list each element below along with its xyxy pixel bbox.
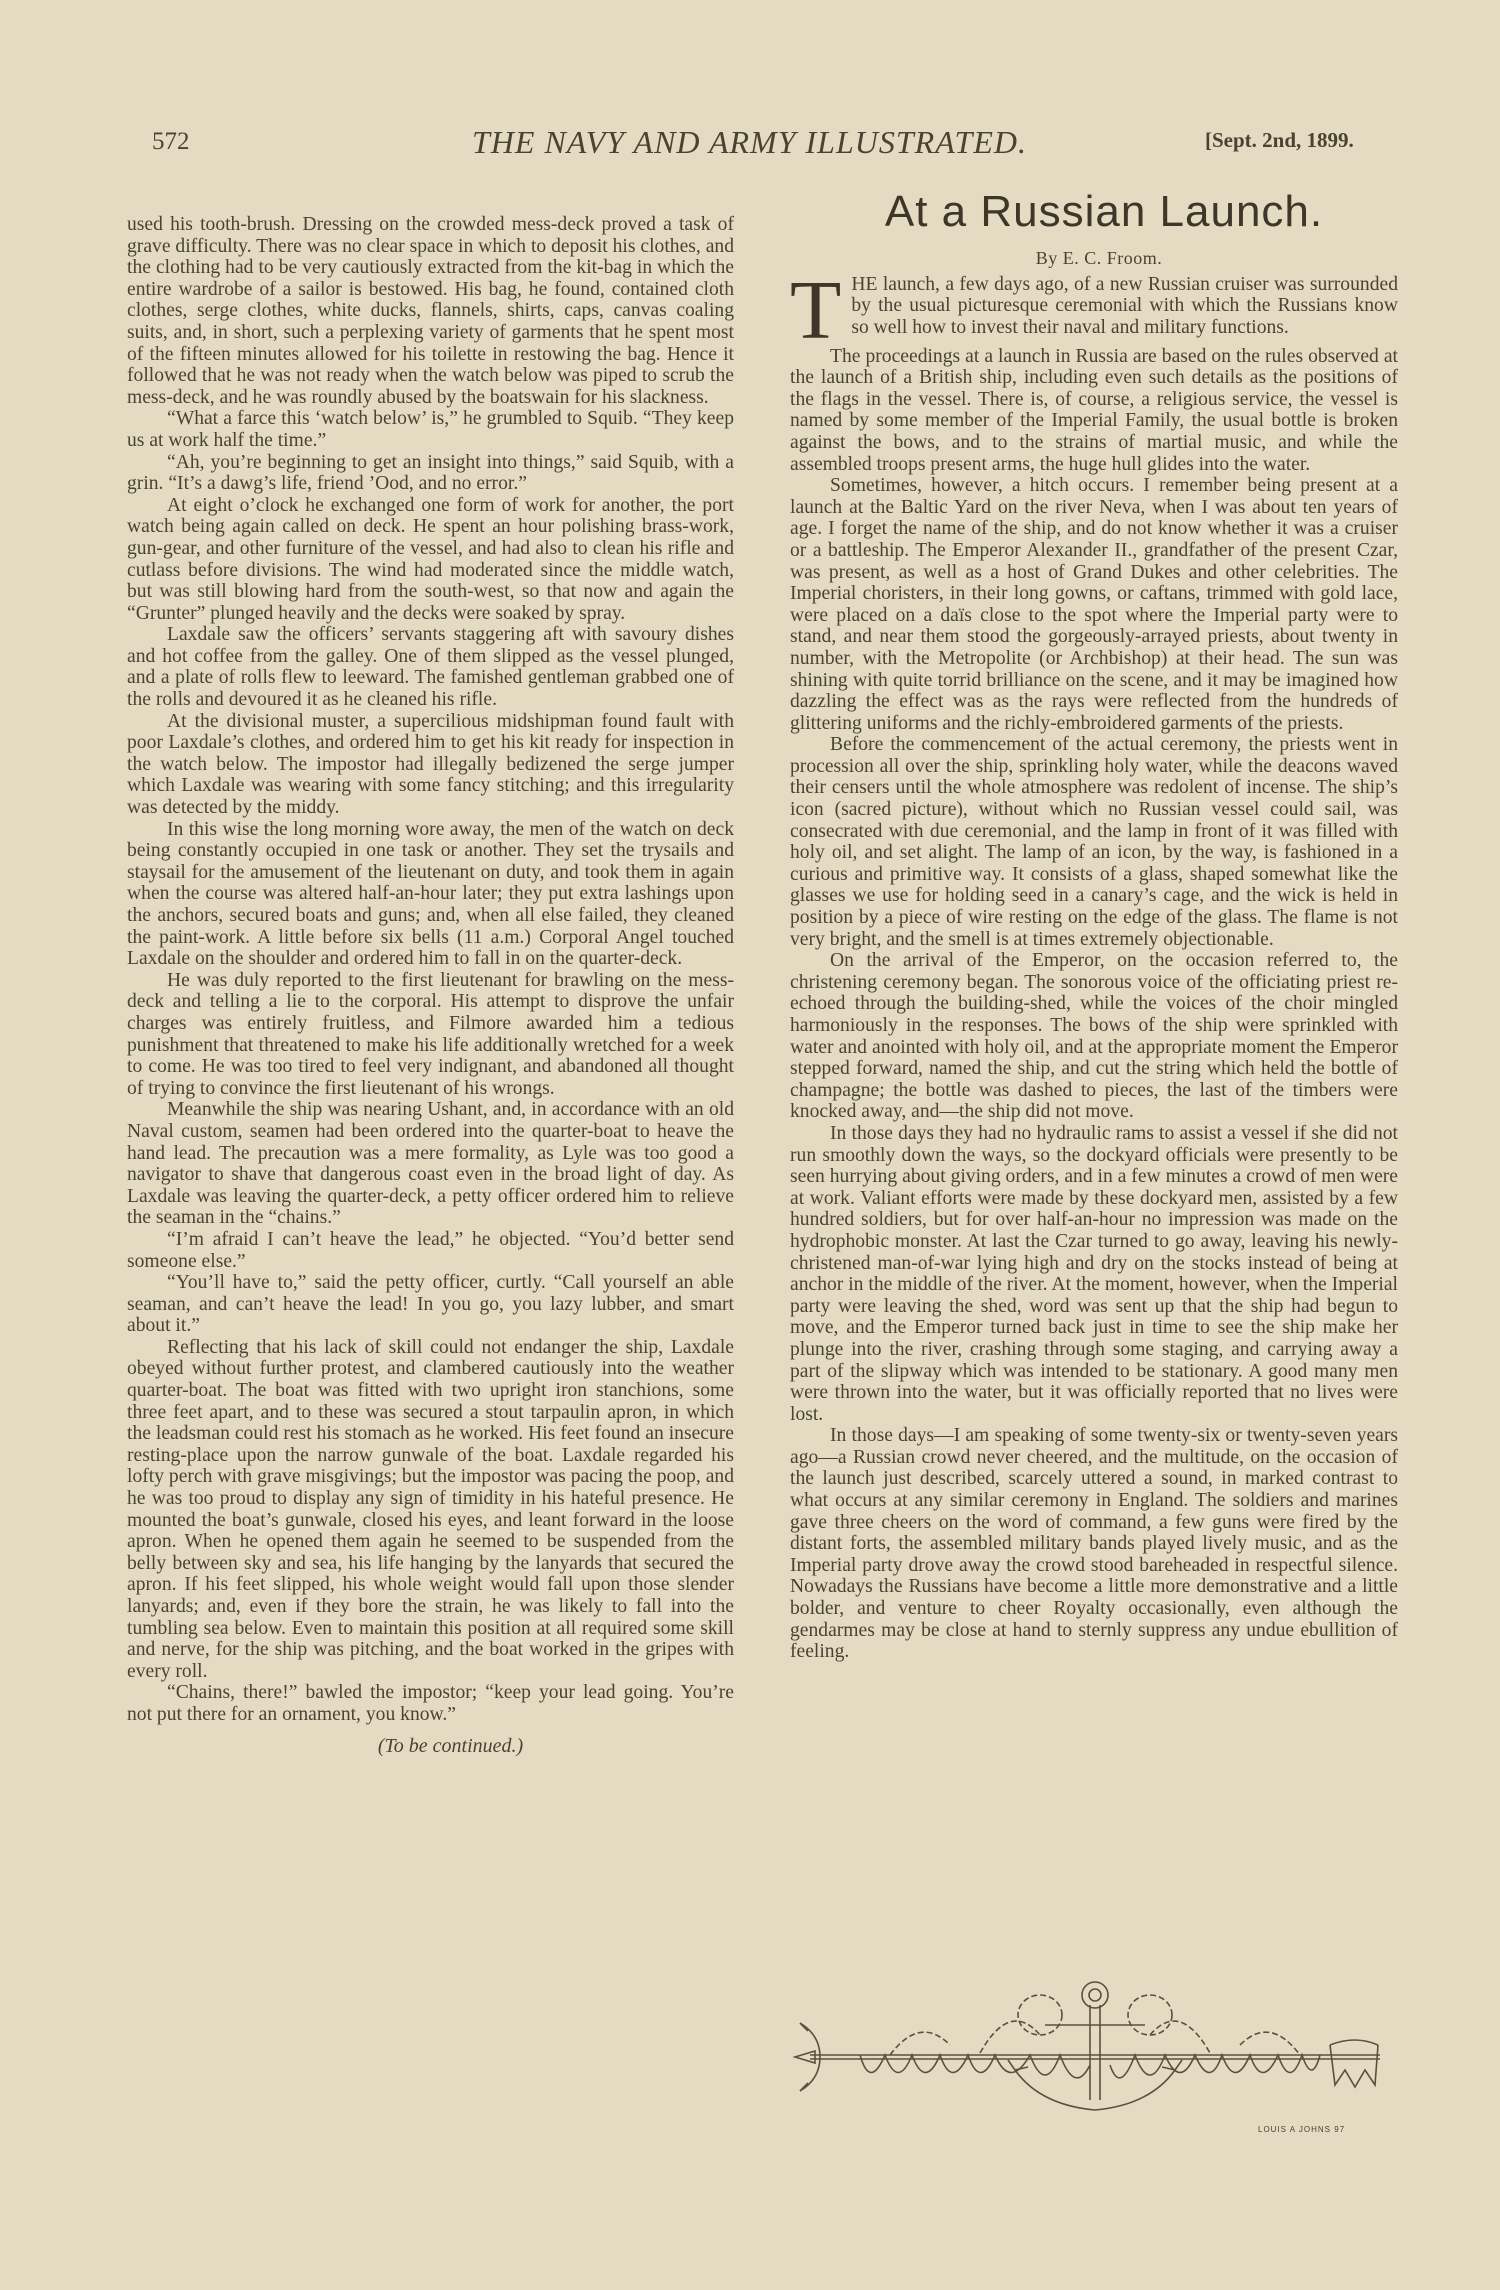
paragraph: used his tooth-brush. Dressing on the cr… [127, 214, 734, 408]
first-paragraph-text: HE launch, a few days ago, of a new Russ… [851, 274, 1398, 338]
paragraph: The proceedings at a launch in Russia ar… [790, 346, 1398, 476]
paragraph: “You’ll have to,” said the petty officer… [127, 1272, 734, 1337]
page-header: 572 THE NAVY AND ARMY ILLUSTRATED. [Sept… [0, 122, 1500, 162]
serial-story-column: used his tooth-brush. Dressing on the cr… [127, 214, 734, 1757]
paragraph: “Ah, you’re beginning to get an insight … [127, 452, 734, 495]
paragraph: Sometimes, however, a hitch occurs. I re… [790, 475, 1398, 734]
paragraph: “I’m afraid I can’t heave the lead,” he … [127, 1229, 734, 1272]
paragraph: At the divisional muster, a supercilious… [127, 711, 734, 819]
paragraph: “Chains, there!” bawled the impostor; “k… [127, 1682, 734, 1725]
masthead: THE NAVY AND ARMY ILLUSTRATED. [472, 124, 1027, 161]
first-paragraph: THE launch, a few days ago, of a new Rus… [790, 274, 1398, 339]
page-number: 572 [152, 128, 190, 156]
drop-cap: T [790, 276, 841, 346]
paragraph: On the arrival of the Emperor, on the oc… [790, 950, 1398, 1123]
paragraph: Reflecting that his lack of skill could … [127, 1337, 734, 1683]
paragraph: In those days—I am speaking of some twen… [790, 1425, 1398, 1663]
paragraph: Laxdale saw the officers’ servants stagg… [127, 624, 734, 710]
paragraph: At eight o’clock he exchanged one form o… [127, 495, 734, 625]
paragraph: Before the commencement of the actual ce… [790, 734, 1398, 950]
paragraph: He was duly reported to the first lieute… [127, 970, 734, 1100]
illustrator-signature: LOUIS A JOHNS 97 [1258, 2125, 1345, 2134]
article-byline: By E. C. Froom. [790, 248, 1398, 270]
anchor-ornament-icon [790, 1975, 1400, 2115]
paragraph: “What a farce this ‘watch below’ is,” he… [127, 408, 734, 451]
article-title: At a Russian Launch. [790, 188, 1398, 236]
issue-date: [Sept. 2nd, 1899. [1205, 128, 1354, 153]
to-be-continued-note: (To be continued.) [127, 1736, 734, 1758]
paragraph: In those days they had no hydraulic rams… [790, 1123, 1398, 1425]
paragraph: In this wise the long morning wore away,… [127, 819, 734, 970]
article-column: At a Russian Launch. By E. C. Froom. THE… [790, 188, 1398, 1663]
paragraph: Meanwhile the ship was nearing Ushant, a… [127, 1099, 734, 1229]
